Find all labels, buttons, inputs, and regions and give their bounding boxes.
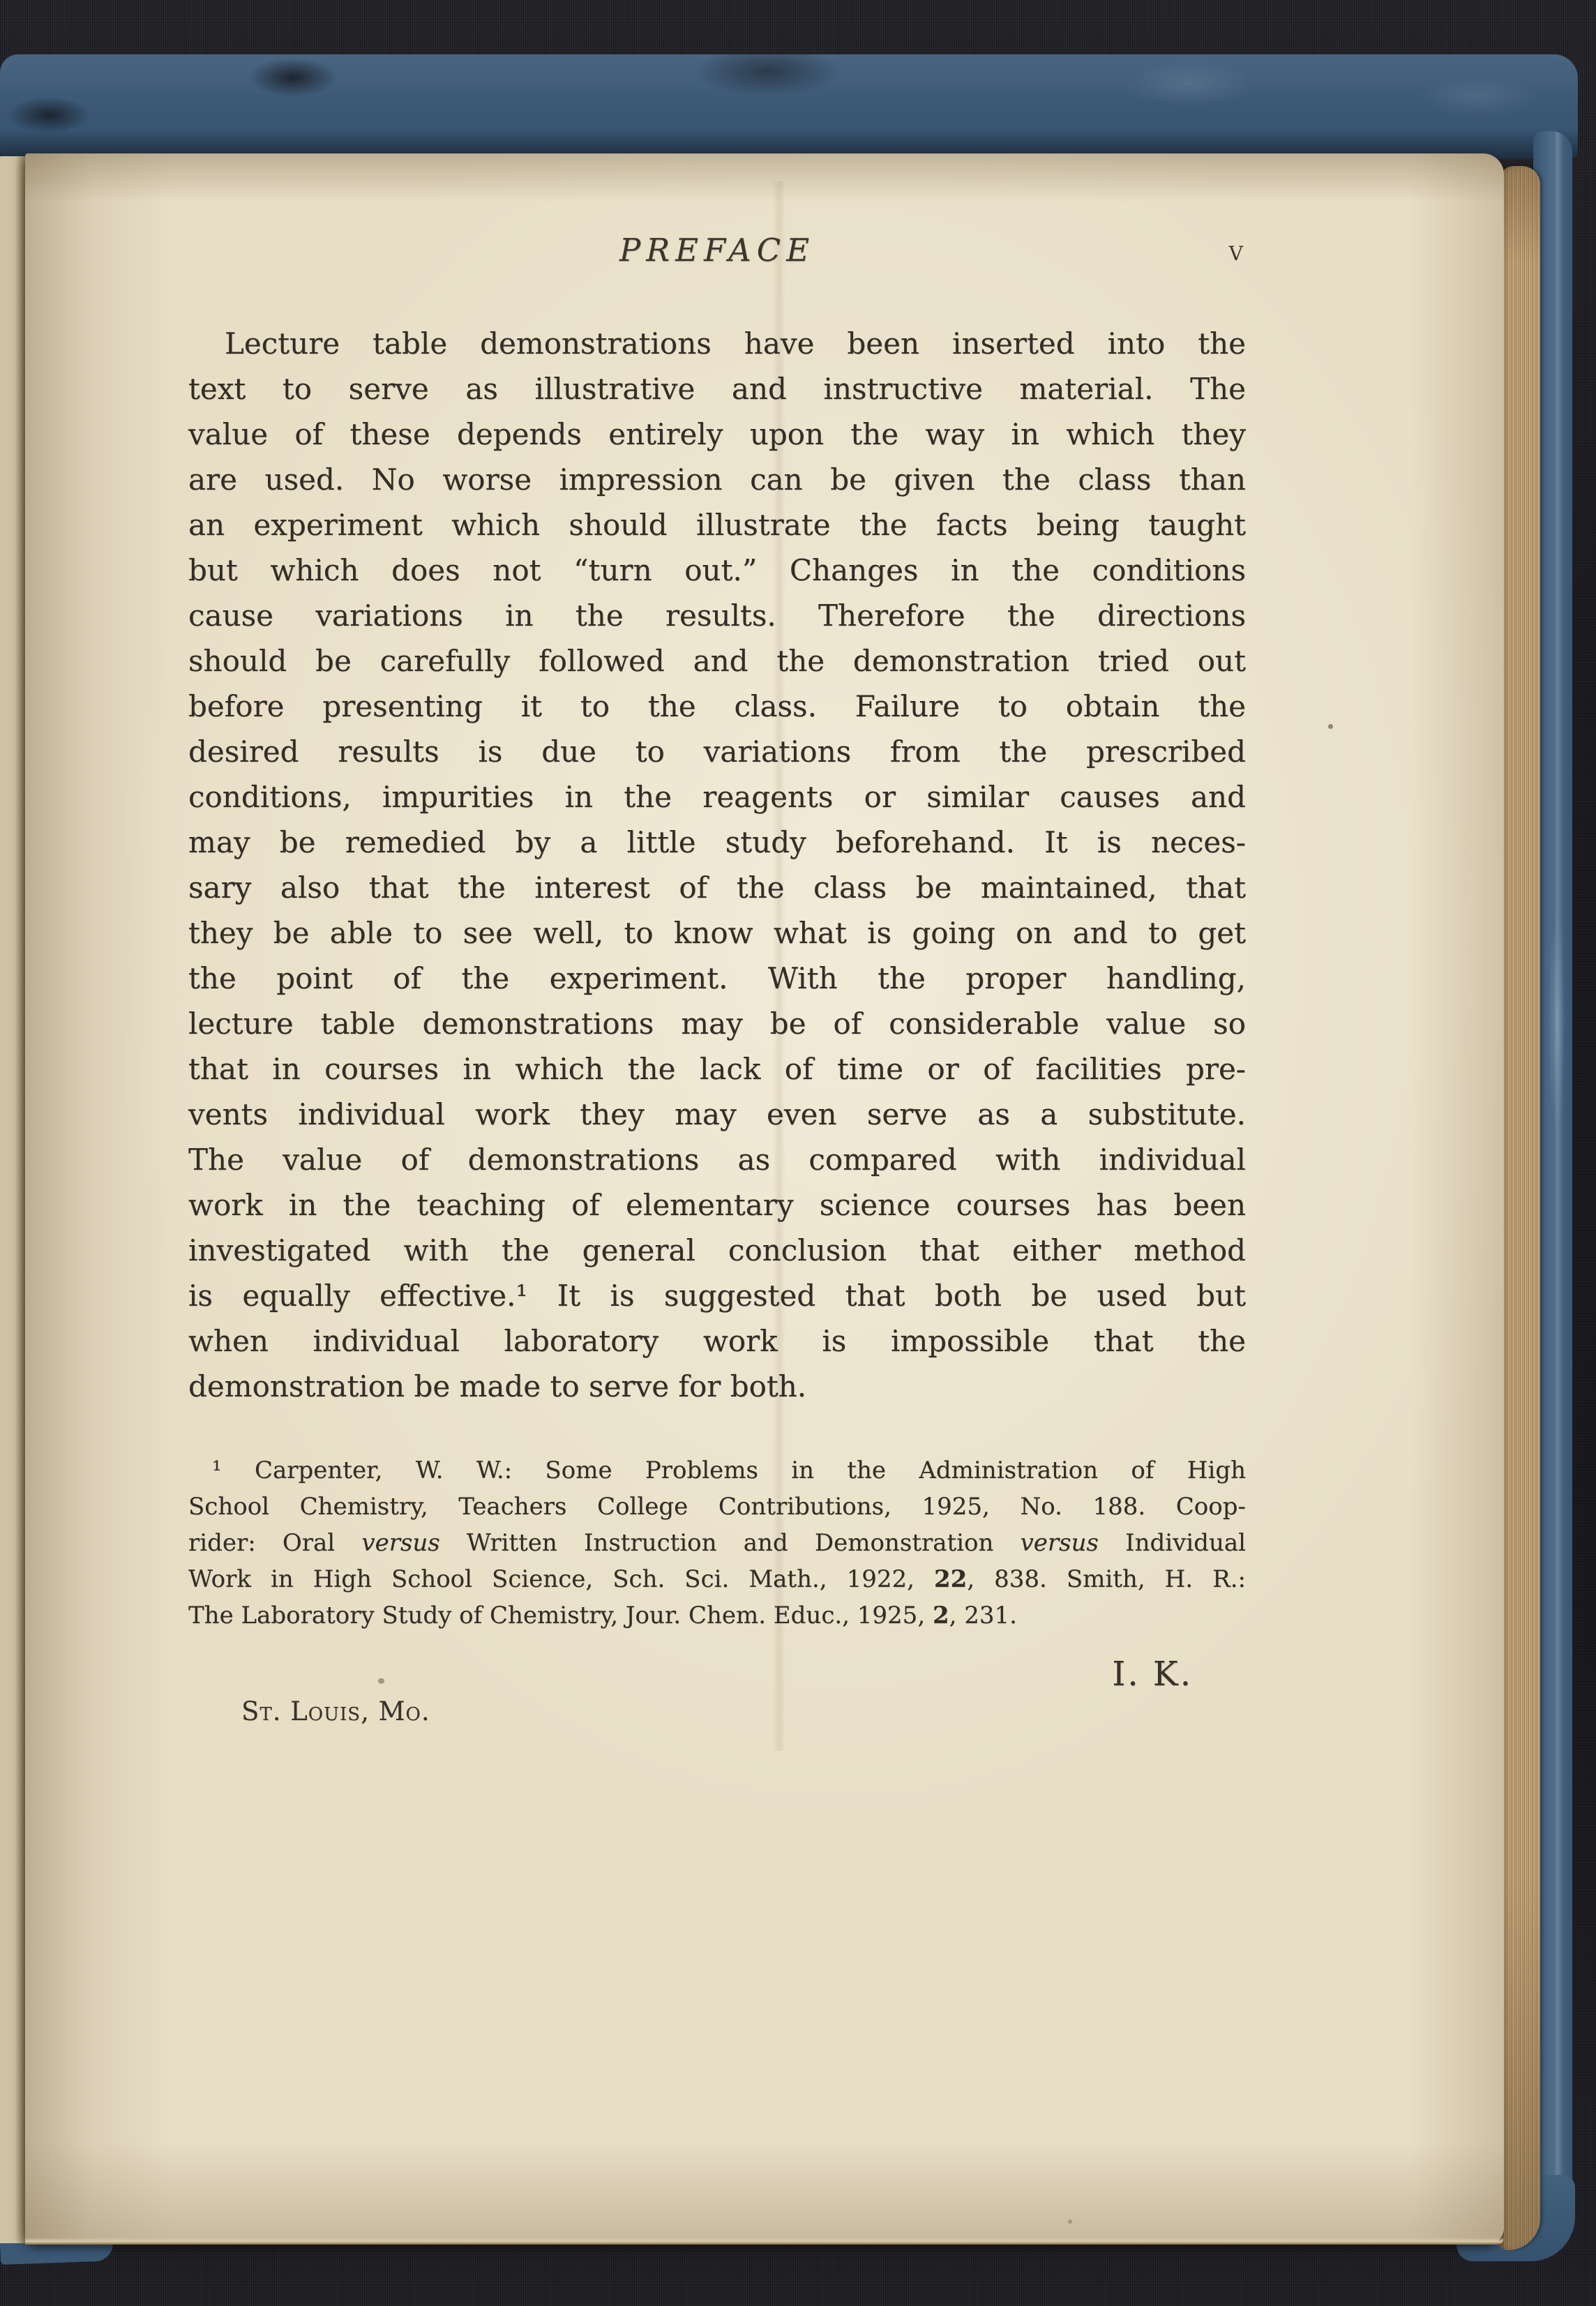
body-line: conditions, impurities in the reagents o… bbox=[188, 774, 1246, 820]
footnote-text: Work in High School Science, Sch. Sci. M… bbox=[188, 1565, 934, 1593]
body-line: should be carefully followed and the dem… bbox=[188, 638, 1246, 684]
body-line: value of these depends entirely upon the… bbox=[188, 412, 1246, 457]
footnote-line: rider: Oral versus Written Instruction a… bbox=[188, 1525, 1246, 1561]
author-initials: I. K. bbox=[188, 1655, 1246, 1694]
footnote-line: The Laboratory Study of Chemistry, Jour.… bbox=[188, 1597, 1246, 1634]
body-line: demonstration be made to serve for both. bbox=[188, 1364, 1246, 1409]
page: PREFACE v Lecture table demonstrations h… bbox=[25, 153, 1504, 2245]
footnote-line: School Chemistry, Teachers College Contr… bbox=[188, 1489, 1246, 1525]
footnote: ¹ Carpenter, W. W.: Some Problems in the… bbox=[188, 1452, 1246, 1634]
body-line: may be remedied by a little study before… bbox=[188, 820, 1246, 865]
body-line: desired results is due to variations fro… bbox=[188, 729, 1246, 774]
footnote-text: ¹ Carpenter, W. W.: Some Problems in the… bbox=[212, 1456, 1246, 1484]
body-line: is equally effective.¹ It is suggested t… bbox=[188, 1273, 1246, 1318]
body-paragraph: Lecture table demonstrations have been i… bbox=[188, 321, 1246, 1409]
body-line: text to serve as illustrative and instru… bbox=[188, 366, 1246, 412]
footnote-italic: versus bbox=[361, 1529, 439, 1557]
book-photo: PREFACE v Lecture table demonstrations h… bbox=[0, 0, 1596, 2306]
body-line: work in the teaching of elementary scien… bbox=[188, 1182, 1246, 1228]
footnote-text: Individual bbox=[1099, 1529, 1246, 1557]
body-line: cause variations in the results. Therefo… bbox=[188, 593, 1246, 638]
page-content: PREFACE v Lecture table demonstrations h… bbox=[188, 232, 1246, 1726]
body-line: they be able to see well, to know what i… bbox=[188, 910, 1246, 956]
footnote-text: rider: Oral bbox=[188, 1529, 361, 1557]
footnote-italic: versus bbox=[1021, 1529, 1099, 1557]
footnote-line: Work in High School Science, Sch. Sci. M… bbox=[188, 1561, 1246, 1597]
location: St. Louis, Mo. bbox=[188, 1696, 1246, 1726]
footnote-volume: 22 bbox=[934, 1565, 967, 1593]
body-line: that in courses in which the lack of tim… bbox=[188, 1046, 1246, 1092]
page-header: PREFACE v bbox=[188, 232, 1246, 275]
body-line: are used. No worse impression can be giv… bbox=[188, 457, 1246, 502]
page-title: PREFACE bbox=[188, 232, 1246, 269]
body-line: an experiment which should illustrate th… bbox=[188, 502, 1246, 548]
footnote-text: Written Instruction and Demonstration bbox=[440, 1529, 1021, 1557]
body-line: investigated with the general conclusion… bbox=[188, 1228, 1246, 1273]
body-line: vents individual work they may even serv… bbox=[188, 1092, 1246, 1137]
body-line: but which does not “turn out.” Changes i… bbox=[188, 548, 1246, 593]
body-line: Lecture table demonstrations have been i… bbox=[188, 321, 1246, 366]
underlying-page-edge bbox=[0, 156, 27, 2243]
paper-speck bbox=[1068, 2220, 1072, 2224]
footnote-text: School Chemistry, Teachers College Contr… bbox=[188, 1493, 1246, 1521]
body-line: The value of demonstrations as compared … bbox=[188, 1137, 1246, 1182]
footnote-line: ¹ Carpenter, W. W.: Some Problems in the… bbox=[188, 1452, 1246, 1489]
body-line: the point of the experiment. With the pr… bbox=[188, 956, 1246, 1001]
footnote-text: , 838. Smith, H. R.: bbox=[967, 1565, 1246, 1593]
footnote-text: The Laboratory Study of Chemistry, Jour.… bbox=[188, 1602, 933, 1629]
body-line: before presenting it to the class. Failu… bbox=[188, 684, 1246, 729]
page-number: v bbox=[1229, 235, 1244, 267]
footnote-text: , 231. bbox=[949, 1602, 1017, 1629]
body-line: sary also that the interest of the class… bbox=[188, 865, 1246, 910]
paper-speck bbox=[1328, 724, 1333, 729]
page-fore-edge bbox=[1500, 166, 1540, 2250]
body-line: lecture table demonstrations may be of c… bbox=[188, 1001, 1246, 1046]
cover-edge-top bbox=[0, 54, 1578, 159]
body-line: when individual laboratory work is impos… bbox=[188, 1318, 1246, 1364]
footnote-volume: 2 bbox=[933, 1602, 949, 1629]
